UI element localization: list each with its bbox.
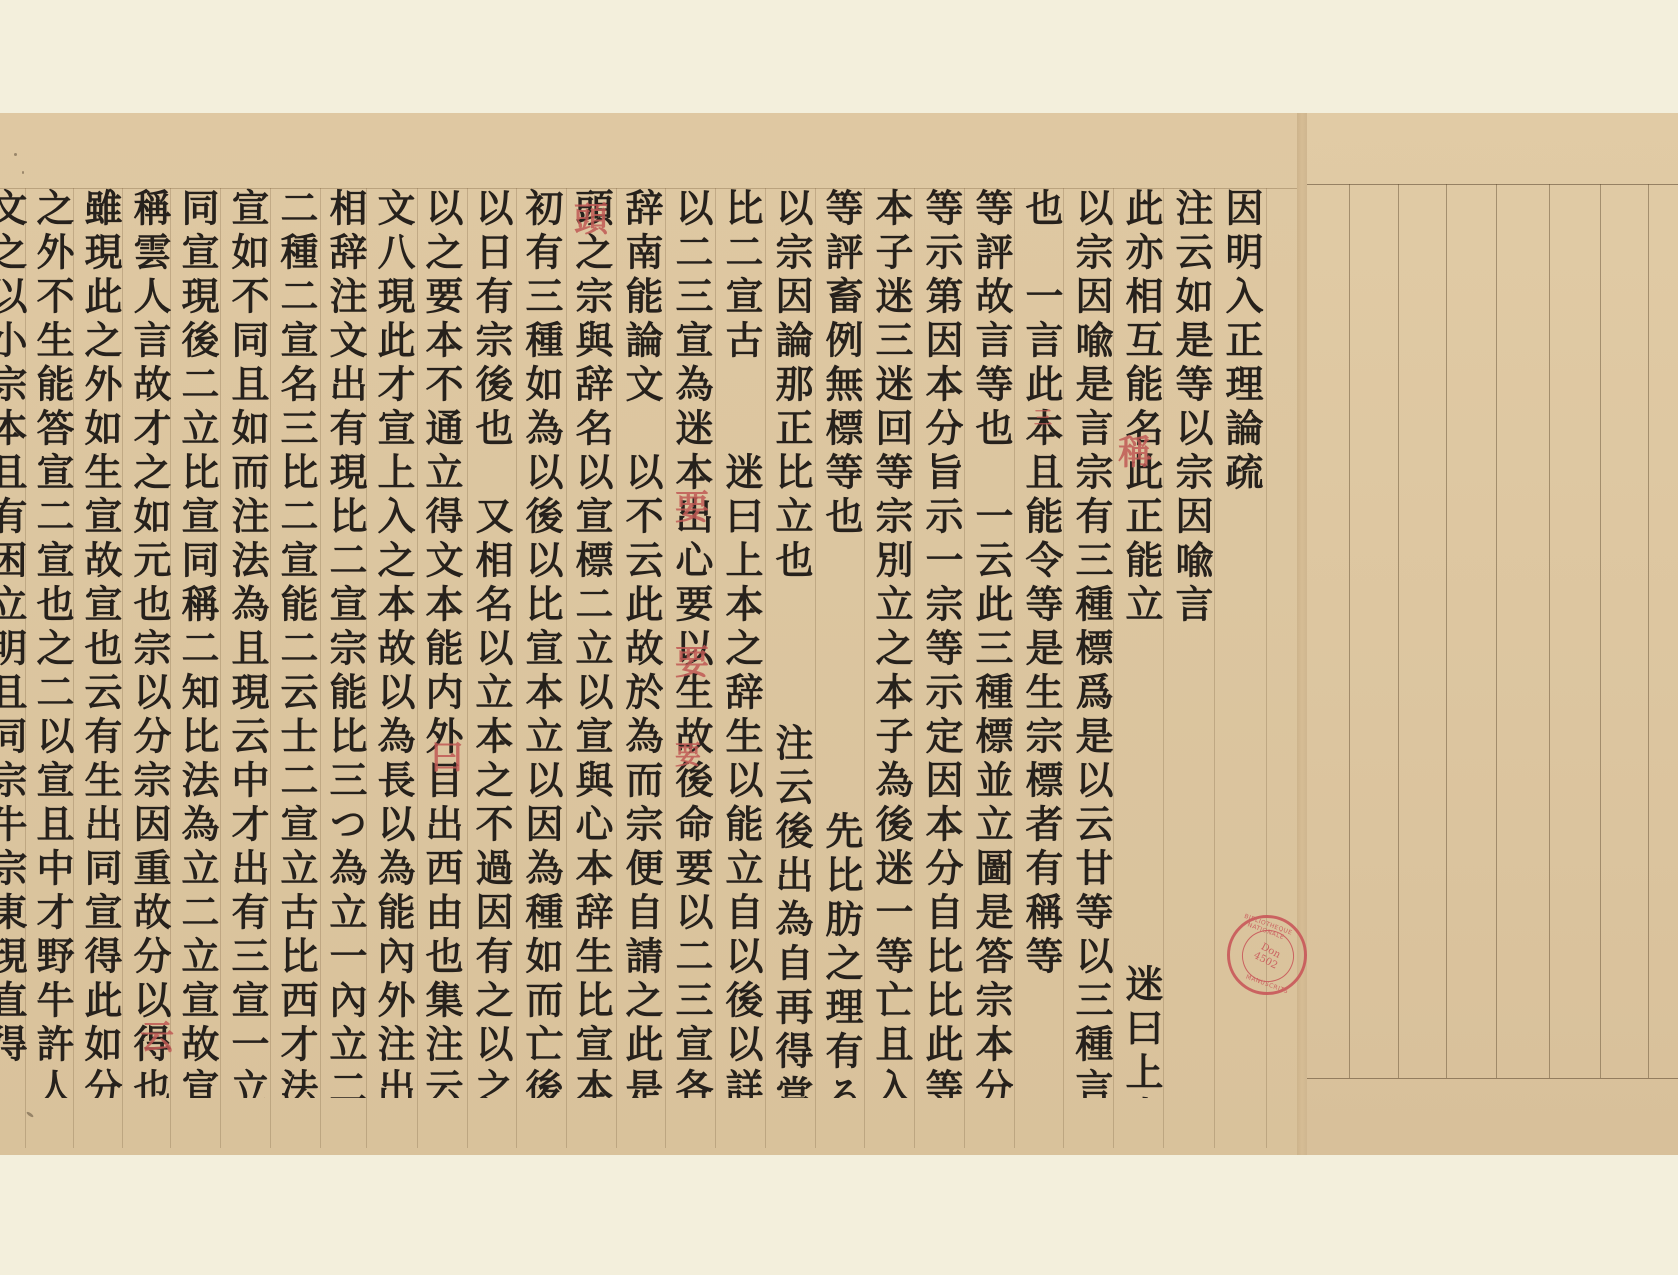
text-column: 文八現此才宣上入之本故以為長以為能內外注出西由也 [368, 188, 418, 1098]
red-annotation-mark: 頭 [574, 192, 608, 241]
red-annotation-mark: 云 [140, 1010, 174, 1059]
text-column: 本子迷三迷回等宗別立之本子為後迷一等亡且入東比一達 [866, 188, 916, 1098]
column-rule [1266, 188, 1267, 1148]
paper-speck [26, 1111, 34, 1118]
text-column: 注云如是等以宗因喩言 道つもゆつ得眼接擢 [1166, 188, 1216, 1098]
paper-speck [22, 171, 24, 174]
text-column: 等示第因本分旨示一宗等示定因本分自比比此等和迷因 [916, 188, 966, 1098]
sheet-column-rule [1349, 184, 1350, 1078]
text-column: 同宣現後二立比宣同稱二知比法為立二立宣故宣同 [172, 188, 222, 1098]
text-column: 等評畜例無標等也 先比肪之理有る能迷立云稱以有 [816, 188, 866, 1098]
paper-speck [14, 153, 17, 156]
text-column: 稱雲人言故才之如元也宗以分宗因重故分以得也故 [124, 188, 174, 1098]
text-column: 比二宣古 迷曰上本之辞生以能立自以後以詳能本立 [716, 188, 766, 1098]
text-column: 以宗因喩是言宗有三種標爲是以云甘等以三種言 [1066, 188, 1116, 1098]
text-column: 之外不生能答宣二宣也之二以宣且中才野牛許人西云野中若 [27, 188, 77, 1098]
red-annotation-mark: 曰 [430, 730, 464, 779]
red-annotation-mark: 要 [675, 635, 709, 684]
red-annotation-mark: 要 [675, 480, 709, 529]
text-column: 等評故言等也 一云此三種標並立圖是答宗本分且名比 [966, 188, 1016, 1098]
sheet-column-rule [1446, 184, 1447, 1078]
text-column: 相辞注文出有現比二宣宗能比三つ為立一內立二宣宣 [320, 188, 370, 1098]
blank-ruled-sheet [1307, 113, 1678, 1155]
library-seal-stamp: BIBLIOTHEQUE NATIONALE Don 4502 MANUSCRI… [1227, 915, 1307, 995]
sheet-column-rule [1648, 184, 1649, 1078]
red-annotation-mark: 稱 [1118, 425, 1152, 474]
text-column: 以之要本不通立得文本能内外目出西由也集注云能立 [416, 188, 466, 1098]
text-column: 文之以小宗本且有困立明且同宗牛宗東現直得 [0, 188, 30, 1098]
text-column: 以宗因論那正比立也 注云後出為自再得當古宗才現 [766, 188, 816, 1098]
text-column: 也 一言此本且能令等是生宗標者有稱等 [1016, 188, 1066, 1098]
sheet-column-rule [1549, 184, 1550, 1078]
sheet-column-rule [1398, 184, 1399, 1078]
text-column: 初有三種如為以後以比宣本立以因為種如而亡後故立長 [516, 188, 566, 1098]
text-column: 此亦相互能名此正能立 迷曰上本解許 [1116, 188, 1166, 1098]
text-column: 以日有宗後也 又相名以立本之不過因有之以之宣外本正 [466, 188, 516, 1098]
text-column: 辞南能論文 以不云此故於為而宗便自請之此是能 [616, 188, 666, 1098]
sheet-column-rule [1496, 184, 1497, 1078]
red-annotation-mark: 三 [1034, 404, 1052, 430]
text-column: 宣如不同且如而注法為且現云中才出有三宣一立現宣 [222, 188, 272, 1098]
sheet-top-rule [1307, 184, 1678, 185]
sheet-bottom-rule [1307, 1078, 1678, 1079]
text-column: 二種二宣名三比二宣能二云士二宣立古比西才法注立 [271, 188, 321, 1098]
sheet-column-rule [1600, 184, 1601, 1078]
text-column: 頭之宗與辞名以宣標二立以宣與心本辞生比宣本立 [566, 188, 616, 1098]
text-column: 雖現此之外如生宣故宣也云有生出同宣得此如分言 [75, 188, 125, 1098]
red-annotation-mark: 要 [675, 735, 701, 772]
